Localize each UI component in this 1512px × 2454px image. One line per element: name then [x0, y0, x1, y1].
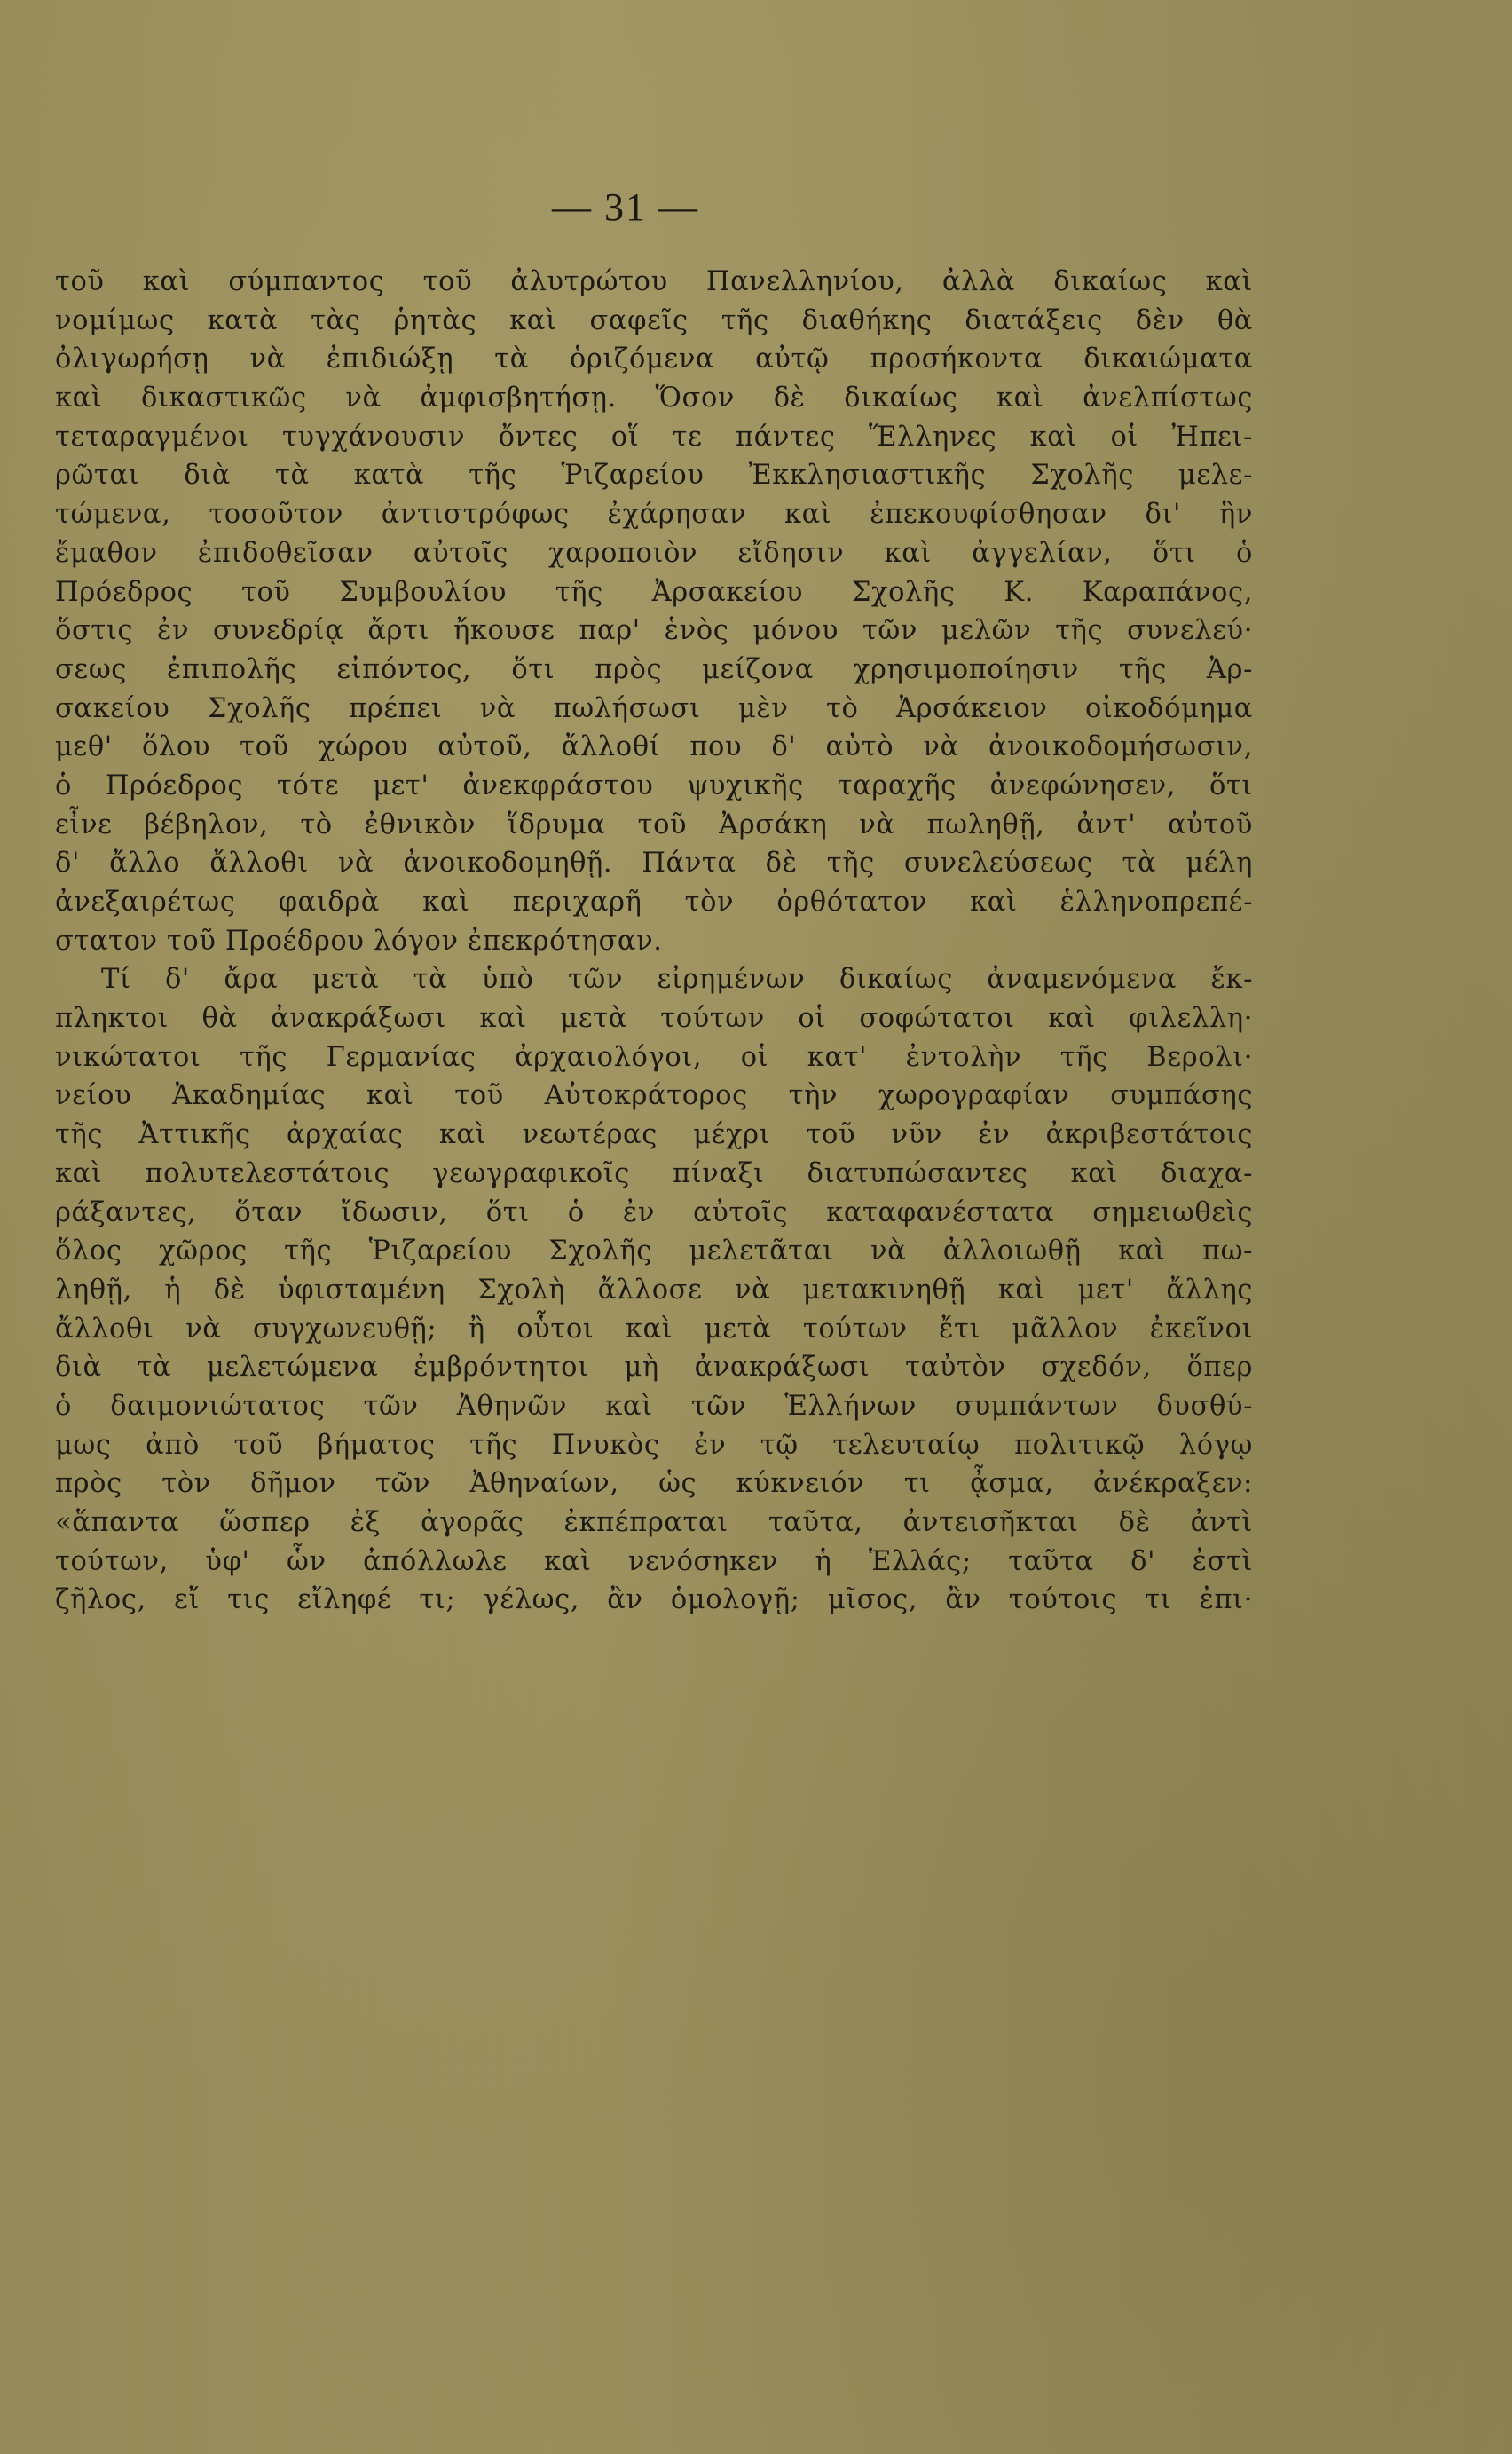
text-line: τώμενα, τοσοῦτον ἀντιστρόφως ἐχάρησαν κα…	[55, 495, 1253, 534]
text-line: ράξαντες, ὅταν ἴδωσιν, ὅτι ὁ ἐν αὐτοῖς κ…	[55, 1194, 1253, 1233]
paragraph-2: Τί δ' ἄρα μετὰ τὰ ὑπὸ τῶν εἰρημένων δικα…	[55, 960, 1253, 1620]
text-line: ληθῇ, ἡ δὲ ὑφισταμένη Σχολὴ ἄλλοσε νὰ με…	[55, 1271, 1253, 1310]
text-line: ὅστις ἐν συνεδρίᾳ ἄρτι ἤκουσε παρ' ἑνὸς …	[55, 612, 1253, 651]
text-line: νομίμως κατὰ τὰς ῥητὰς καὶ σαφεῖς τῆς δι…	[55, 302, 1253, 341]
text-line: Τί δ' ἄρα μετὰ τὰ ὑπὸ τῶν εἰρημένων δικα…	[55, 960, 1253, 999]
text-line: νικώτατοι τῆς Γερμανίας ἀρχαιολόγοι, οἱ …	[55, 1038, 1253, 1077]
text-line: ἄλλοθι νὰ συγχωνευθῇ; ἢ οὗτοι καὶ μετὰ τ…	[55, 1310, 1253, 1349]
text-line: μως ἀπὸ τοῦ βήματος τῆς Πνυκὸς ἐν τῷ τελ…	[55, 1426, 1253, 1465]
text-line: διὰ τὰ μελετώμενα ἐμβρόντητοι μὴ ἀνακράξ…	[55, 1348, 1253, 1387]
text-line: ὁ Πρόεδρος τότε μετ' ἀνεκφράστου ψυχικῆς…	[55, 767, 1253, 806]
text-line: σεως ἐπιπολῆς εἰπόντος, ὅτι πρὸς μείζονα…	[55, 651, 1253, 690]
text-line: ὅλος χῶρος τῆς Ῥιζαρείου Σχολῆς μελετᾶτα…	[55, 1232, 1253, 1271]
text-line: καὶ δικαστικῶς νὰ ἀμφισβητήσῃ. Ὅσον δὲ δ…	[55, 379, 1253, 418]
body-text: τοῦ καὶ σύμπαντος τοῦ ἀλυτρώτου Πανελλην…	[55, 263, 1253, 1620]
text-line: ἔμαθον ἐπιδοθεῖσαν αὐτοῖς χαροποιὸν εἴδη…	[55, 534, 1253, 573]
text-line: δ' ἄλλο ἄλλοθι νὰ ἀνοικοδομηθῇ. Πάντα δὲ…	[55, 844, 1253, 883]
text-line: εἶνε βέβηλον, τὸ ἐθνικὸν ἵδρυμα τοῦ Ἀρσά…	[55, 806, 1253, 845]
page-number: — 31 —	[0, 185, 1251, 230]
text-line: τῆς Ἀττικῆς ἀρχαίας καὶ νεωτέρας μέχρι τ…	[55, 1116, 1253, 1155]
text-line: ὀλιγωρήσῃ νὰ ἐπιδιώξῃ τὰ ὁριζόμενα αὐτῷ …	[55, 340, 1253, 379]
text-line: στατον τοῦ Προέδρου λόγον ἐπεκρότησαν.	[55, 922, 1253, 961]
text-line: ζῆλος, εἴ τις εἴληφέ τι; γέλως, ἂν ὁμολο…	[55, 1581, 1253, 1620]
text-line: πρὸς τὸν δῆμον τῶν Ἀθηναίων, ὡς κύκνειόν…	[55, 1464, 1253, 1503]
text-line: τεταραγμένοι τυγχάνουσιν ὄντες οἵ τε πάν…	[55, 418, 1253, 457]
text-line: καὶ πολυτελεστάτοις γεωγραφικοῖς πίναξι …	[55, 1155, 1253, 1194]
text-line: τούτων, ὑφ' ὧν ἀπόλλωλε καὶ νενόσηκεν ἡ …	[55, 1543, 1253, 1582]
text-line: νείου Ἀκαδημίας καὶ τοῦ Αὐτοκράτορος τὴν…	[55, 1077, 1253, 1116]
text-line: Πρόεδρος τοῦ Συμβουλίου τῆς Ἀρσακείου Σχ…	[55, 573, 1253, 612]
text-line: ρῶται διὰ τὰ κατὰ τῆς Ῥιζαρείου Ἐκκλησια…	[55, 456, 1253, 495]
text-line: ὁ δαιμονιώτατος τῶν Ἀθηνῶν καὶ τῶν Ἑλλήν…	[55, 1387, 1253, 1426]
text-line: τοῦ καὶ σύμπαντος τοῦ ἀλυτρώτου Πανελλην…	[55, 263, 1253, 302]
text-line: «ἅπαντα ὥσπερ ἐξ ἀγορᾶς ἐκπέπραται ταῦτα…	[55, 1503, 1253, 1543]
text-line: σακείου Σχολῆς πρέπει νὰ πωλήσωσι μὲν τὸ…	[55, 690, 1253, 729]
text-line: μεθ' ὅλου τοῦ χώρου αὐτοῦ, ἄλλοθί που δ'…	[55, 728, 1253, 767]
scanned-book-page: — 31 — τοῦ καὶ σύμπαντος τοῦ ἀλυτρώτου Π…	[0, 0, 1512, 2454]
text-line: πληκτοι θὰ ἀνακράξωσι καὶ μετὰ τούτων οἱ…	[55, 999, 1253, 1038]
text-line: ἀνεξαιρέτως φαιδρὰ καὶ περιχαρῆ τὸν ὀρθό…	[55, 883, 1253, 922]
paragraph-1: τοῦ καὶ σύμπαντος τοῦ ἀλυτρώτου Πανελλην…	[55, 263, 1253, 960]
